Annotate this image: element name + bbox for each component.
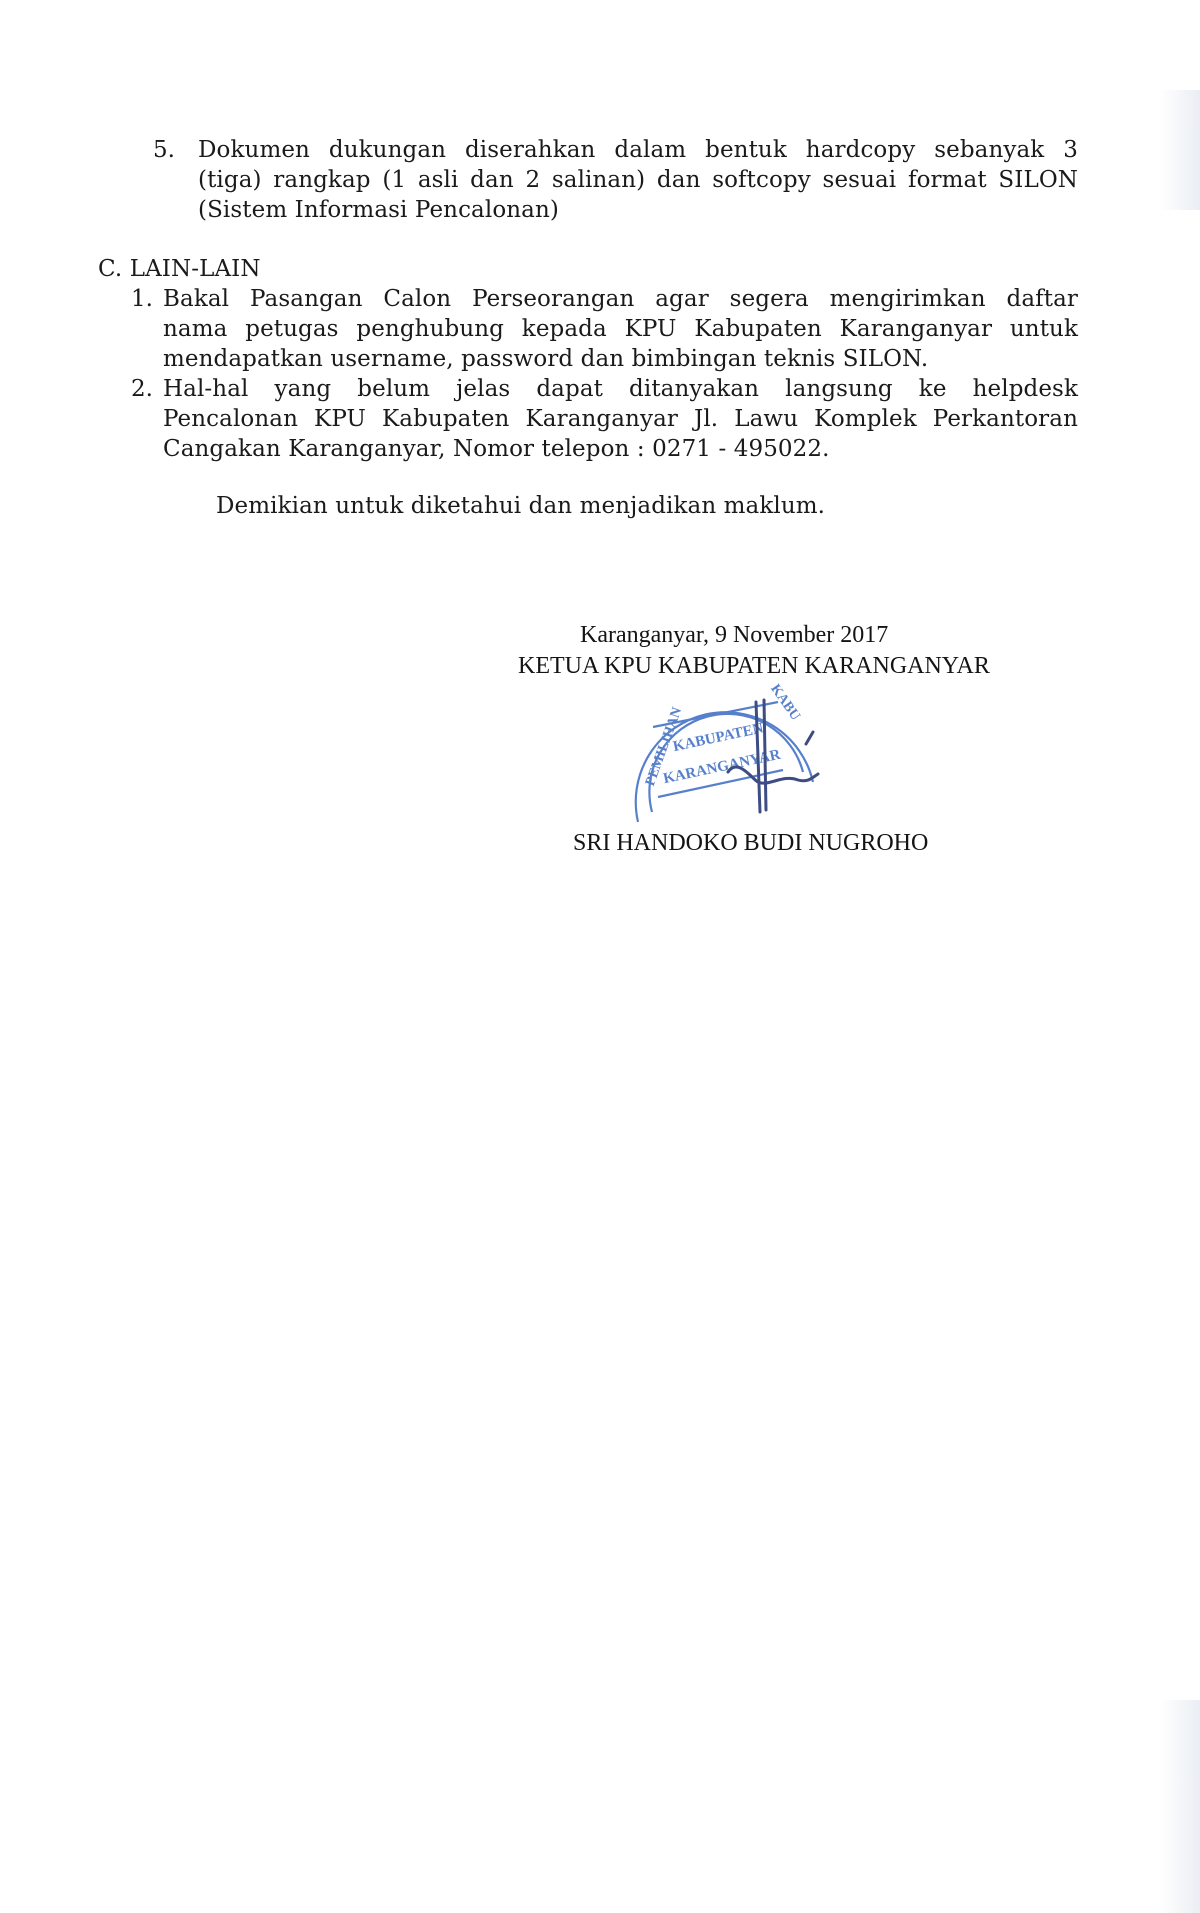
item-c2-line-3: Cangakan Karanganyar, Nomor telepon : 02… bbox=[163, 434, 830, 464]
scan-edge-shadow-top bbox=[1160, 90, 1200, 210]
scan-edge-shadow-bottom bbox=[1160, 1700, 1200, 1913]
item-5-line-3: (Sistem Informasi Pencalonan) bbox=[198, 195, 559, 225]
item-number: 2. bbox=[131, 374, 153, 404]
place-date: Karanganyar, 9 November 2017 bbox=[580, 620, 888, 650]
item-c2-line-1: Hal-hal yang belum jelas dapat ditanyaka… bbox=[163, 374, 1078, 404]
item-number: 5. bbox=[153, 135, 175, 165]
section-heading: C. LAIN-LAIN bbox=[98, 254, 261, 284]
item-5-line-1: Dokumen dukungan diserahkan dalam bentuk… bbox=[198, 135, 1078, 165]
signatory-name: SRI HANDOKO BUDI NUGROHO bbox=[573, 828, 928, 858]
item-c2-line-2: Pencalonan KPU Kabupaten Karanganyar Jl.… bbox=[163, 404, 1078, 434]
item-number: 1. bbox=[131, 284, 153, 314]
item-c1-line-2: nama petugas penghubung kepada KPU Kabup… bbox=[163, 314, 1078, 344]
item-c1-line-3: mendapatkan username, password dan bimbi… bbox=[163, 344, 928, 374]
closing-statement: Demikian untuk diketahui dan menjadikan … bbox=[216, 491, 825, 521]
official-stamp-icon: KABUPATEN KARANGANYAR PEMILIHAN KABU bbox=[608, 662, 848, 842]
item-c1-line-1: Bakal Pasangan Calon Perseorangan agar s… bbox=[163, 284, 1078, 314]
item-5-line-2: (tiga) rangkap (1 asli dan 2 salinan) da… bbox=[198, 165, 1078, 195]
